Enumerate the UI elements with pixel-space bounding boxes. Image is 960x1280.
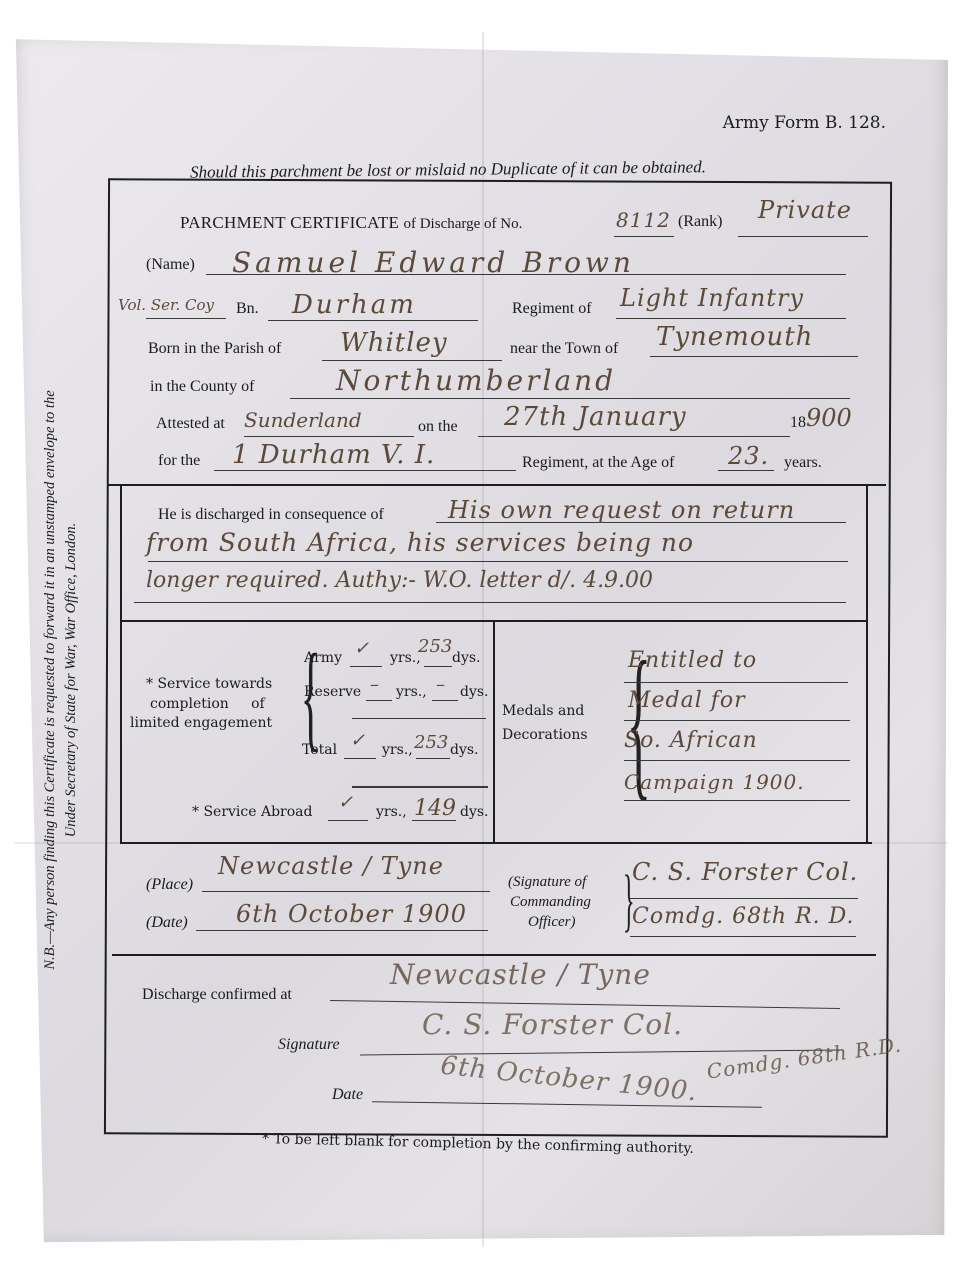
abroad-yrs-rule	[328, 820, 368, 821]
reserve-dys-value: –	[436, 674, 446, 695]
parish-label: Born in the Parish of	[148, 340, 281, 358]
parish-value: Whitley	[340, 328, 448, 358]
army-label: Army	[304, 650, 342, 666]
co-signature-rule-1	[630, 898, 858, 899]
name-value: Samuel Edward Brown	[232, 246, 635, 279]
medals-line-3: So. African	[624, 728, 758, 753]
county-rule	[290, 398, 850, 399]
co-signature-label-1: (Signature of	[508, 874, 586, 891]
attested-date-value: 27th January	[504, 402, 687, 432]
co-signature-line-2: Comdg. 68th R. D.	[632, 904, 855, 929]
reason-label: He is discharged in consequence of	[158, 506, 384, 524]
reserve-yrs-label: yrs.,	[396, 684, 427, 700]
co-signature-rule-2	[630, 936, 856, 937]
divider-placedate	[112, 954, 876, 956]
total-sum-rule	[352, 786, 488, 788]
medals-rule-1	[624, 682, 848, 683]
total-yrs-rule	[344, 758, 376, 759]
army-yrs-label: yrs.,	[390, 650, 421, 666]
town-rule	[650, 356, 858, 357]
title-caps: PARCHMENT CERTIFICATE	[180, 213, 399, 232]
attested-label: Attested at	[156, 415, 225, 433]
for-the-rule	[214, 470, 516, 471]
army-dys-value: 253	[418, 636, 452, 657]
date-label: (Date)	[146, 914, 188, 932]
total-dys-value: 253	[414, 732, 448, 753]
reason-rule-3	[134, 602, 846, 603]
divider-service-medals	[493, 622, 495, 842]
age-rule	[718, 470, 774, 471]
number-value: 8112	[616, 208, 671, 232]
abroad-yrs-label: yrs.,	[376, 804, 407, 820]
bn-rule	[268, 320, 478, 321]
signature-value: C. S. Forster Col.	[422, 1008, 683, 1041]
co-signature-label-2: Commanding	[510, 894, 591, 911]
bn-value: Durham	[292, 290, 417, 320]
bn-prefix-value: Vol. Ser. Coy	[118, 296, 214, 314]
medals-line-4: Campaign 1900.	[624, 770, 805, 794]
title-rest: of Discharge of No.	[403, 216, 522, 232]
years-label: years.	[784, 454, 822, 472]
reserve-label: Reserve	[304, 684, 361, 700]
date-place-value: 6th October 1900	[236, 900, 467, 928]
county-label: in the County of	[150, 378, 254, 396]
reserve-yrs-rule	[366, 700, 392, 701]
total-yrs-label: yrs.,	[382, 742, 413, 758]
confirmed-at-label: Discharge confirmed at	[142, 986, 292, 1004]
number-rule	[614, 236, 674, 237]
total-label: Total	[302, 742, 337, 758]
service-label-2: completion of	[150, 696, 265, 712]
service-box-right	[866, 484, 868, 844]
medals-label-1: Medals and	[502, 703, 584, 719]
co-signature-line-1: C. S. Forster Col.	[632, 858, 858, 886]
rank-value: Private	[758, 196, 852, 224]
certificate-title: PARCHMENT CERTIFICATE of Discharge of No…	[180, 213, 522, 233]
name-label: (Name)	[146, 256, 195, 274]
side-note: N.B.—Any person finding this Certificate…	[40, 230, 82, 1130]
regiment-age-label: Regiment, at the Age of	[522, 454, 674, 472]
service-label-3: limited engagement	[130, 715, 272, 731]
regiment-rule	[616, 318, 846, 319]
total-dys-label: dys.	[450, 742, 479, 758]
year-value: 900	[806, 404, 852, 432]
abroad-dys-value: 149	[414, 796, 456, 821]
form-number: Army Form B. 128.	[723, 113, 886, 133]
reason-line-2: from South Africa, his services being no	[146, 528, 694, 557]
abroad-label: * Service Abroad	[192, 804, 312, 820]
service-label-1: * Service towards	[146, 676, 272, 692]
service-box-left	[120, 484, 122, 844]
divider-service	[120, 842, 872, 844]
total-dys-rule	[416, 758, 450, 759]
on-the-label: on the	[418, 418, 458, 436]
medals-rule-2	[624, 720, 850, 721]
rank-label: (Rank)	[678, 213, 722, 231]
place-value: Newcastle / Tyne	[218, 852, 444, 880]
town-label: near the Town of	[510, 340, 618, 358]
for-the-label: for the	[158, 452, 200, 470]
army-dys-label: dys.	[452, 650, 481, 666]
medals-line-2: Medal for	[628, 688, 746, 713]
year-prefix: 18	[790, 414, 806, 432]
co-signature-label-3: Officer)	[528, 914, 575, 931]
abroad-yrs-value: ✓	[338, 792, 354, 813]
attested-value: Sunderland	[244, 408, 362, 432]
regiment-label: Regiment of	[512, 300, 592, 318]
town-value: Tynemouth	[656, 322, 813, 352]
reason-line-1: His own request on return	[448, 496, 795, 524]
medals-label-2: Decorations	[502, 727, 588, 743]
reserve-dys-label: dys.	[460, 684, 489, 700]
regiment-value: Light Infantry	[620, 284, 804, 312]
army-yrs-rule	[350, 666, 382, 667]
place-rule	[202, 891, 490, 892]
county-value: Northumberland	[336, 364, 616, 397]
side-note-line1: N.B.—Any person finding this Certificate…	[40, 230, 61, 1130]
attested-rule	[244, 436, 414, 437]
medals-rule-3	[624, 760, 850, 761]
army-dys-rule	[424, 666, 452, 667]
confirmed-at-value: Newcastle / Tyne	[390, 958, 651, 991]
reserve-yrs-value: –	[370, 674, 380, 695]
medals-line-1: Entitled to	[628, 648, 757, 673]
signature-label: Signature	[278, 1036, 340, 1054]
reserve-sum-rule	[352, 718, 486, 719]
side-note-line2: Under Secretary of State for War, War Of…	[61, 230, 82, 1130]
divider-header	[108, 484, 886, 486]
army-yrs-value: ✓	[354, 638, 370, 659]
rank-rule	[738, 236, 868, 237]
total-yrs-value: ✓	[350, 730, 366, 751]
age-value: 23.	[728, 442, 769, 470]
abroad-dys-label: dys.	[460, 804, 489, 820]
confirm-date-label: Date	[332, 1086, 363, 1104]
medals-rule-4	[624, 800, 850, 801]
parish-rule	[322, 360, 502, 361]
reserve-dys-rule	[432, 700, 458, 701]
place-label: (Place)	[146, 876, 193, 894]
date-place-rule	[196, 930, 488, 931]
reason-line-3: longer required. Authy:- W.O. letter d/.…	[146, 568, 653, 593]
reason-rule-2	[148, 561, 848, 562]
bn-label: Bn.	[236, 300, 259, 318]
for-the-value: 1 Durham V. I.	[232, 440, 435, 470]
bn-prefix-rule	[146, 318, 226, 319]
date-rule	[478, 436, 790, 437]
